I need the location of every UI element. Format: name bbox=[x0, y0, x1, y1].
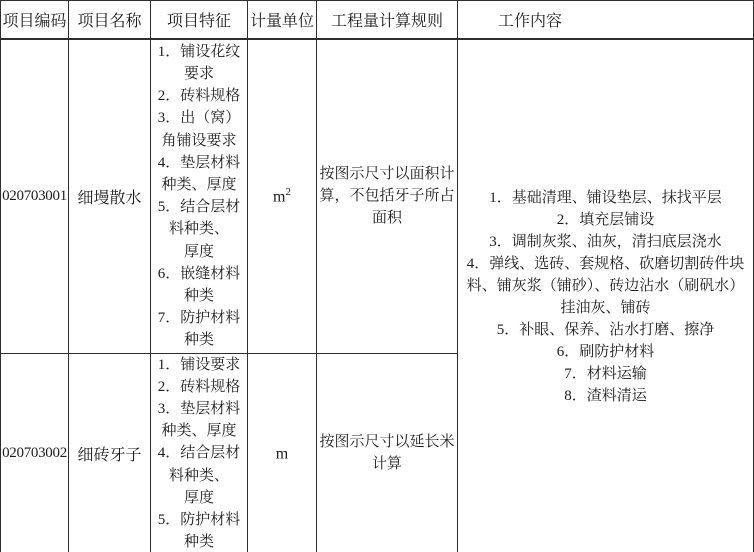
project-feature-cell: 1．铺设花纹要求2．砖料规格3．出（窝）角铺设要求4．垫层材料种类、厚度5．结合… bbox=[151, 39, 248, 353]
unit-base: m bbox=[276, 446, 288, 463]
header-cell-project-name: 项目名称 bbox=[69, 1, 151, 40]
text-line: 种类、厚度 bbox=[151, 174, 247, 196]
text-line: 4．垫层材料 bbox=[151, 152, 247, 174]
project-name-cell: 细砖牙子 bbox=[69, 353, 151, 552]
text-line: 4．弹线、选砖、套规格、砍磨切割砖件块 bbox=[458, 253, 753, 275]
text-line: 料、铺灰浆（铺砂）、砖边沾水（刷矾水） bbox=[458, 275, 753, 297]
text-line: 7．防护材料 bbox=[151, 307, 247, 329]
text-line: 按图示尺寸以延长米 bbox=[317, 431, 457, 453]
text-line: 5．结合层材 bbox=[151, 196, 247, 218]
text-line: 3．出（窝） bbox=[151, 107, 247, 129]
text-line: 角铺设要求 bbox=[151, 130, 247, 152]
text-line: 要求 bbox=[151, 63, 247, 85]
text-line: 面积 bbox=[317, 207, 457, 229]
text-line: 4．结合层材 bbox=[151, 442, 247, 464]
text-line: 2．填充层铺设 bbox=[458, 209, 753, 231]
work-content-cell: 1．基础清理、铺设垫层、抹找平层2．填充层铺设3．调制灰浆、油灰，清扫底层浇水4… bbox=[458, 39, 754, 552]
unit-cell: m bbox=[248, 353, 317, 552]
text-line: 计算 bbox=[317, 453, 457, 475]
text-line: 按图示尺寸以面积计 bbox=[317, 163, 457, 185]
header-cell-project-code: 项目编码 bbox=[1, 1, 69, 40]
spec-table: 项目编码 项目名称 项目特征 计量单位 工程量计算规则 工作内容 0207030… bbox=[0, 0, 754, 552]
text-line: 2．砖料规格 bbox=[151, 85, 247, 107]
unit-cell: m2 bbox=[248, 39, 317, 353]
quantity-rule-cell: 按图示尺寸以延长米计算 bbox=[317, 353, 458, 552]
project-feature-cell: 1．铺设要求2．砖料规格3．垫层材料种类、厚度4．结合层材料种类、厚度5．防护材… bbox=[151, 353, 248, 552]
text-line: 6．嵌缝材料 bbox=[151, 263, 247, 285]
text-line: 3．调制灰浆、油灰，清扫底层浇水 bbox=[458, 231, 753, 253]
text-line: 6．刷防护材料 bbox=[458, 341, 753, 363]
text-line: 种类 bbox=[151, 531, 247, 552]
text-line: 挂油灰、铺砖 bbox=[458, 297, 753, 319]
unit-base: m bbox=[273, 188, 285, 205]
text-line: 1．铺设要求 bbox=[151, 354, 247, 376]
text-line: 3．垫层材料 bbox=[151, 398, 247, 420]
text-line: 1．铺设花纹 bbox=[151, 41, 247, 63]
text-line: 种类、厚度 bbox=[151, 420, 247, 442]
text-line: 料种类、 bbox=[151, 465, 247, 487]
header-cell-unit: 计量单位 bbox=[248, 1, 317, 40]
project-name-cell: 细墁散水 bbox=[69, 39, 151, 353]
quantity-rule-cell: 按图示尺寸以面积计算，不包括牙子所占面积 bbox=[317, 39, 458, 353]
header-cell-project-feature: 项目特征 bbox=[151, 1, 248, 40]
header-cell-quantity-rule: 工程量计算规则 bbox=[317, 1, 458, 40]
project-code-cell: 020703001 bbox=[1, 39, 69, 353]
text-line: 2．砖料规格 bbox=[151, 376, 247, 398]
text-line: 5．防护材料 bbox=[151, 509, 247, 531]
text-line: 种类 bbox=[151, 329, 247, 351]
project-code-cell: 020703002 bbox=[1, 353, 69, 552]
table-row-020703001: 020703001 细墁散水 1．铺设花纹要求2．砖料规格3．出（窝）角铺设要求… bbox=[1, 39, 754, 353]
text-line: 厚度 bbox=[151, 241, 247, 263]
text-line: 算，不包括牙子所占 bbox=[317, 185, 457, 207]
text-line: 1．基础清理、铺设垫层、抹找平层 bbox=[458, 187, 753, 209]
header-cell-work-content: 工作内容 bbox=[458, 1, 754, 40]
text-line: 料种类、 bbox=[151, 218, 247, 240]
text-line: 厚度 bbox=[151, 487, 247, 509]
text-line: 种类 bbox=[151, 285, 247, 307]
text-line: 7．材料运输 bbox=[458, 363, 753, 385]
unit-superscript: 2 bbox=[285, 186, 291, 198]
text-line: 5．补眼、保养、沾水打磨、擦净 bbox=[458, 319, 753, 341]
text-line: 8．渣料清运 bbox=[458, 385, 753, 407]
header-row: 项目编码 项目名称 项目特征 计量单位 工程量计算规则 工作内容 bbox=[1, 1, 754, 40]
